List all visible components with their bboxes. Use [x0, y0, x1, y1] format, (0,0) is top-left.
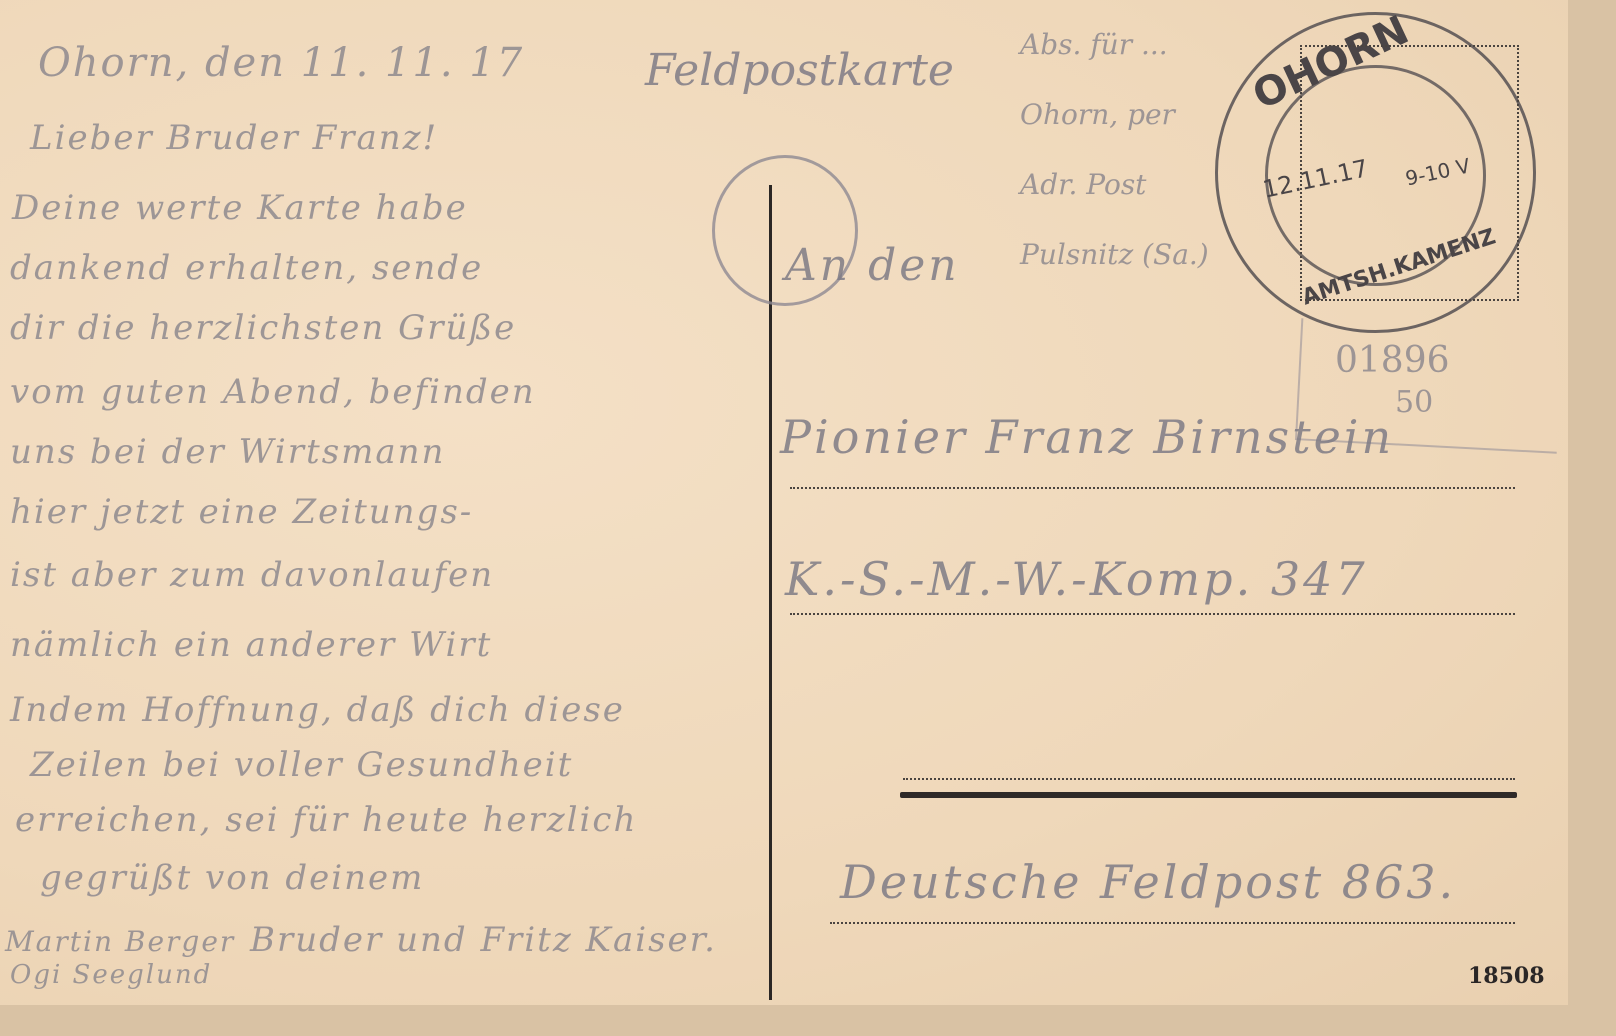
address-salutation: An den	[785, 240, 960, 291]
pencil-price: 50	[1395, 385, 1433, 420]
pencil-code: 01896	[1335, 340, 1450, 381]
message-line: Zeilen bei voller Gesundheit	[30, 745, 573, 785]
address-dotted-line	[790, 487, 1515, 489]
message-line: dankend erhalten, sende	[10, 248, 483, 288]
message-line: ist aber zum davonlaufen	[10, 555, 494, 595]
message-line: gegrüßt von deinem	[40, 858, 424, 898]
address-line-3: Deutsche Feldpost 863.	[840, 855, 1456, 909]
address-line-1: Pionier Franz Birnstein	[780, 410, 1394, 464]
printed-card-number: 18508	[1468, 963, 1545, 989]
address-underline	[900, 792, 1517, 798]
message-line: uns bei der Wirtsmann	[10, 432, 445, 472]
stamp-placement-box	[1300, 45, 1519, 301]
signature: Ogi Seeglund	[10, 960, 212, 990]
address-dotted-line	[830, 922, 1515, 924]
message-line: Deine werte Karte habe	[12, 188, 468, 228]
message-line: hier jetzt eine Zeitungs-	[10, 492, 473, 532]
message-line: nämlich ein anderer Wirt	[10, 625, 492, 665]
sender-note: Abs. für ... Ohorn, per Adr. Post Pulsni…	[1020, 10, 1220, 290]
center-divider	[769, 185, 772, 1000]
message-line: vom guten Abend, befinden	[10, 372, 536, 412]
feldpost-header: Feldpostkarte	[645, 45, 954, 96]
date-line: Ohorn, den 11. 11. 17	[38, 40, 524, 86]
message-line: dir die herzlichsten Grüße	[10, 308, 516, 348]
address-dotted-line	[903, 778, 1515, 780]
address-dotted-line	[790, 613, 1515, 615]
message-line: Bruder und Fritz Kaiser.	[250, 920, 717, 960]
address-line-2: K.-S.-M.-W.-Komp. 347	[785, 552, 1368, 606]
signature: Martin Berger	[5, 925, 235, 958]
message-line: Indem Hoffnung, daß dich diese	[10, 690, 625, 730]
message-line: erreichen, sei für heute herzlich	[15, 800, 637, 840]
postcard: Ohorn, den 11. 11. 17 Lieber Bruder Fran…	[0, 0, 1568, 1005]
message-line: Lieber Bruder Franz!	[30, 118, 438, 158]
